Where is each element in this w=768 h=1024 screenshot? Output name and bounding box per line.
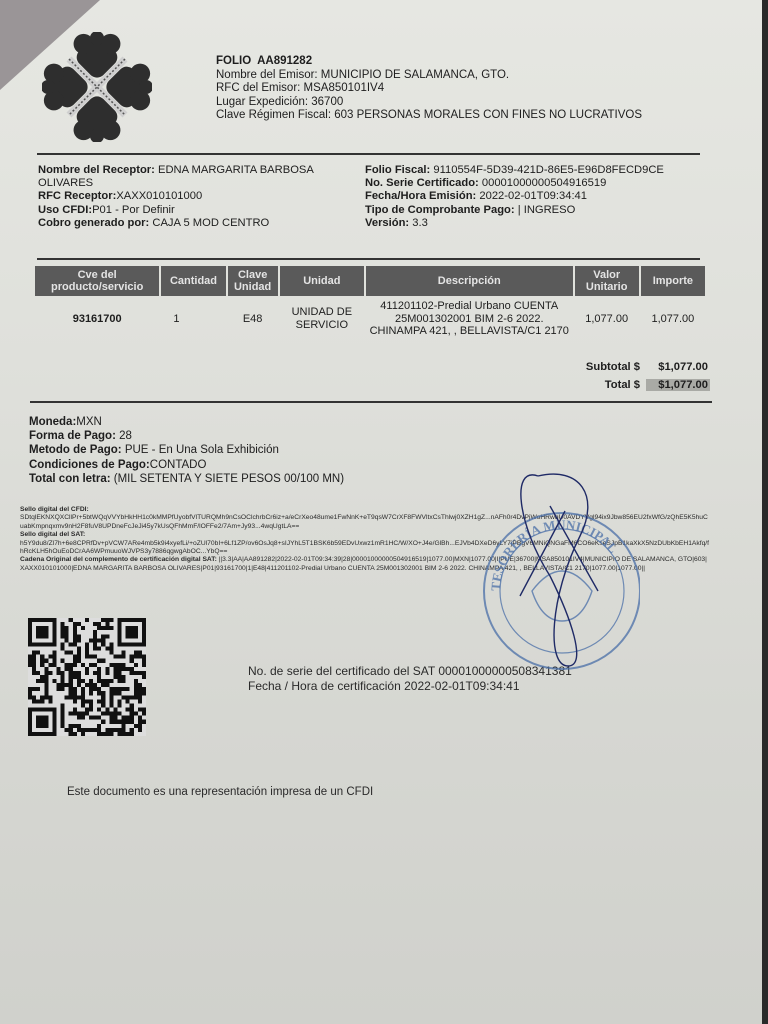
fiscal-block: Folio Fiscal: 9110554F-5D39-421D-86E5-E9… <box>365 164 705 230</box>
value: 3.3 <box>409 217 428 229</box>
serie-certificado: No. Serie Certificado: 00001000000504916… <box>365 177 705 190</box>
divider <box>37 153 700 155</box>
col-importe: Importe <box>641 266 705 296</box>
label: Moneda: <box>29 416 76 428</box>
forma-pago: Forma de Pago: 28 <box>29 429 344 443</box>
total-label: Total $ <box>570 379 646 391</box>
value: 00001000000508341381 <box>438 664 571 678</box>
value: 00001000000504916519 <box>479 177 607 189</box>
issuer-block: FOLIO AA891282 Nombre del Emisor: MUNICI… <box>216 55 642 123</box>
label: Folio Fiscal: <box>365 164 430 176</box>
label: Nombre del Receptor: <box>38 164 155 176</box>
cell-unidad: UNIDAD DE SERVICIO <box>280 296 364 342</box>
issuer-lugar: Lugar Expedición: 36700 <box>216 96 642 110</box>
folio-label: FOLIO <box>216 55 251 67</box>
value: CAJA 5 MOD CENTRO <box>149 217 269 229</box>
col-cve: Cve del producto/servicio <box>35 266 159 296</box>
paper-edge <box>762 0 768 1024</box>
sello-cfdi-label: Sello digital del CFDI: <box>20 506 89 513</box>
digital-seals: Sello digital del CFDI: SDtqlEKNXQXCllPr… <box>20 506 710 573</box>
label: Fecha / Hora de certificación <box>248 679 401 693</box>
col-unidad: Unidad <box>280 266 364 296</box>
sello-sat-value: h5Y9du8/Zl7h+6e8CPRfDv+pVCW7ARe4mb5k9i4x… <box>20 540 710 557</box>
fecha-emision: Fecha/Hora Emisión: 2022-02-01T09:34:41 <box>365 190 705 203</box>
folio-line: FOLIO AA891282 <box>216 55 642 69</box>
totals-block: Subtotal $ $1,077.00 Total $ $1,077.00 <box>570 358 710 394</box>
total-row: Total $ $1,077.00 <box>570 376 710 394</box>
cell-clave-unidad: E48 <box>228 296 278 342</box>
divider <box>30 401 712 403</box>
label: Condiciones de Pago: <box>29 459 150 471</box>
label: No. Serie Certificado: <box>365 177 479 189</box>
value: 9110554F-5D39-421D-86E5-E96D8FECD9CE <box>430 164 664 176</box>
sello-cfdi-value: SDtqlEKNXQXCllPr+5btWQqVVYbHkHH1c0kMMPfU… <box>20 514 710 531</box>
total-value: $1,077.00 <box>646 379 710 391</box>
fecha-certificacion: Fecha / Hora de certificación 2022-02-01… <box>248 679 572 694</box>
moneda: Moneda:MXN <box>29 415 344 429</box>
total-letra: Total con letra: (MIL SETENTA Y SIETE PE… <box>29 472 344 486</box>
label: Tipo de Comprobante Pago: <box>365 204 515 216</box>
tipo-comprobante: Tipo de Comprobante Pago: | INGRESO <box>365 204 705 217</box>
subtotal-value: $1,077.00 <box>646 361 710 373</box>
col-descripcion: Descripción <box>366 266 573 296</box>
cell-descripcion: 411201102-Predial Urbano CUENTA 25M00130… <box>366 296 573 342</box>
col-clave-unidad: Clave Unidad <box>228 266 278 296</box>
label: Metodo de Pago: <box>29 444 122 456</box>
cell-importe: 1,077.00 <box>641 296 705 342</box>
label: Versión: <box>365 217 409 229</box>
qr-code-icon <box>28 618 146 736</box>
issuer-rfc: RFC del Emisor: MSA850101IV4 <box>216 82 642 96</box>
condiciones-pago: Condiciones de Pago:CONTADO <box>29 458 344 472</box>
serie-sat: No. de serie del certificado del SAT 000… <box>248 664 572 679</box>
label: Uso CFDI: <box>38 204 92 216</box>
cell-cve: 93161700 <box>35 296 159 342</box>
folio-fiscal: Folio Fiscal: 9110554F-5D39-421D-86E5-E9… <box>365 164 705 177</box>
value: PUE - En Una Sola Exhibición <box>122 444 279 456</box>
label: Total con letra: <box>29 473 111 485</box>
value: 28 <box>116 430 132 442</box>
value: 2022-02-01T09:34:41 <box>476 190 587 202</box>
table-row: 93161700 1 E48 UNIDAD DE SERVICIO 411201… <box>35 296 705 342</box>
payment-block: Moneda:MXN Forma de Pago: 28 Metodo de P… <box>29 415 344 486</box>
cell-cantidad: 1 <box>161 296 225 342</box>
value: | INGRESO <box>515 204 576 216</box>
col-valor-unitario: Valor Unitario <box>575 266 639 296</box>
certification-block: No. de serie del certificado del SAT 000… <box>248 664 572 694</box>
receptor-nombre: Nombre del Receptor: EDNA MARGARITA BARB… <box>38 164 338 190</box>
label: Fecha/Hora Emisión: <box>365 190 476 202</box>
value: P01 - Por Definir <box>92 204 175 216</box>
municipio-logo-icon <box>42 32 152 142</box>
receptor-block: Nombre del Receptor: EDNA MARGARITA BARB… <box>38 164 338 230</box>
folio-value: AA891282 <box>257 55 312 67</box>
label: No. de serie del certificado del SAT <box>248 664 435 678</box>
cadena-label: Cadena Original del complemento de certi… <box>20 556 217 563</box>
invoice-page: FOLIO AA891282 Nombre del Emisor: MUNICI… <box>0 0 768 1024</box>
issuer-regimen: Clave Régimen Fiscal: 603 PERSONAS MORAL… <box>216 109 642 123</box>
cell-valor-unitario: 1,077.00 <box>575 296 639 342</box>
value: 2022-02-01T09:34:41 <box>404 679 519 693</box>
subtotal-row: Subtotal $ $1,077.00 <box>570 358 710 376</box>
metodo-pago: Metodo de Pago: PUE - En Una Sola Exhibi… <box>29 443 344 457</box>
version: Versión: 3.3 <box>365 217 705 230</box>
items-table: Cve del producto/servicio Cantidad Clave… <box>33 266 707 342</box>
col-cantidad: Cantidad <box>161 266 225 296</box>
receptor-rfc: RFC Receptor:XAXX010101000 <box>38 190 338 203</box>
issuer-name: Nombre del Emisor: MUNICIPIO DE SALAMANC… <box>216 69 642 83</box>
divider <box>37 258 700 260</box>
receptor-cobro: Cobro generado por: CAJA 5 MOD CENTRO <box>38 217 338 230</box>
items-header-row: Cve del producto/servicio Cantidad Clave… <box>35 266 705 296</box>
receptor-uso: Uso CFDI:P01 - Por Definir <box>38 204 338 217</box>
value: (MIL SETENTA Y SIETE PESOS 00/100 MN) <box>111 473 345 485</box>
value: XAXX010101000 <box>116 190 202 202</box>
value: CONTADO <box>150 459 207 471</box>
subtotal-label: Subtotal $ <box>570 361 646 373</box>
label: RFC Receptor: <box>38 190 116 202</box>
cfdi-footer-note: Este documento es una representación imp… <box>67 786 373 798</box>
value: MXN <box>76 416 102 428</box>
label: Cobro generado por: <box>38 217 149 229</box>
sello-sat-label: Sello digital del SAT: <box>20 531 85 538</box>
label: Forma de Pago: <box>29 430 116 442</box>
